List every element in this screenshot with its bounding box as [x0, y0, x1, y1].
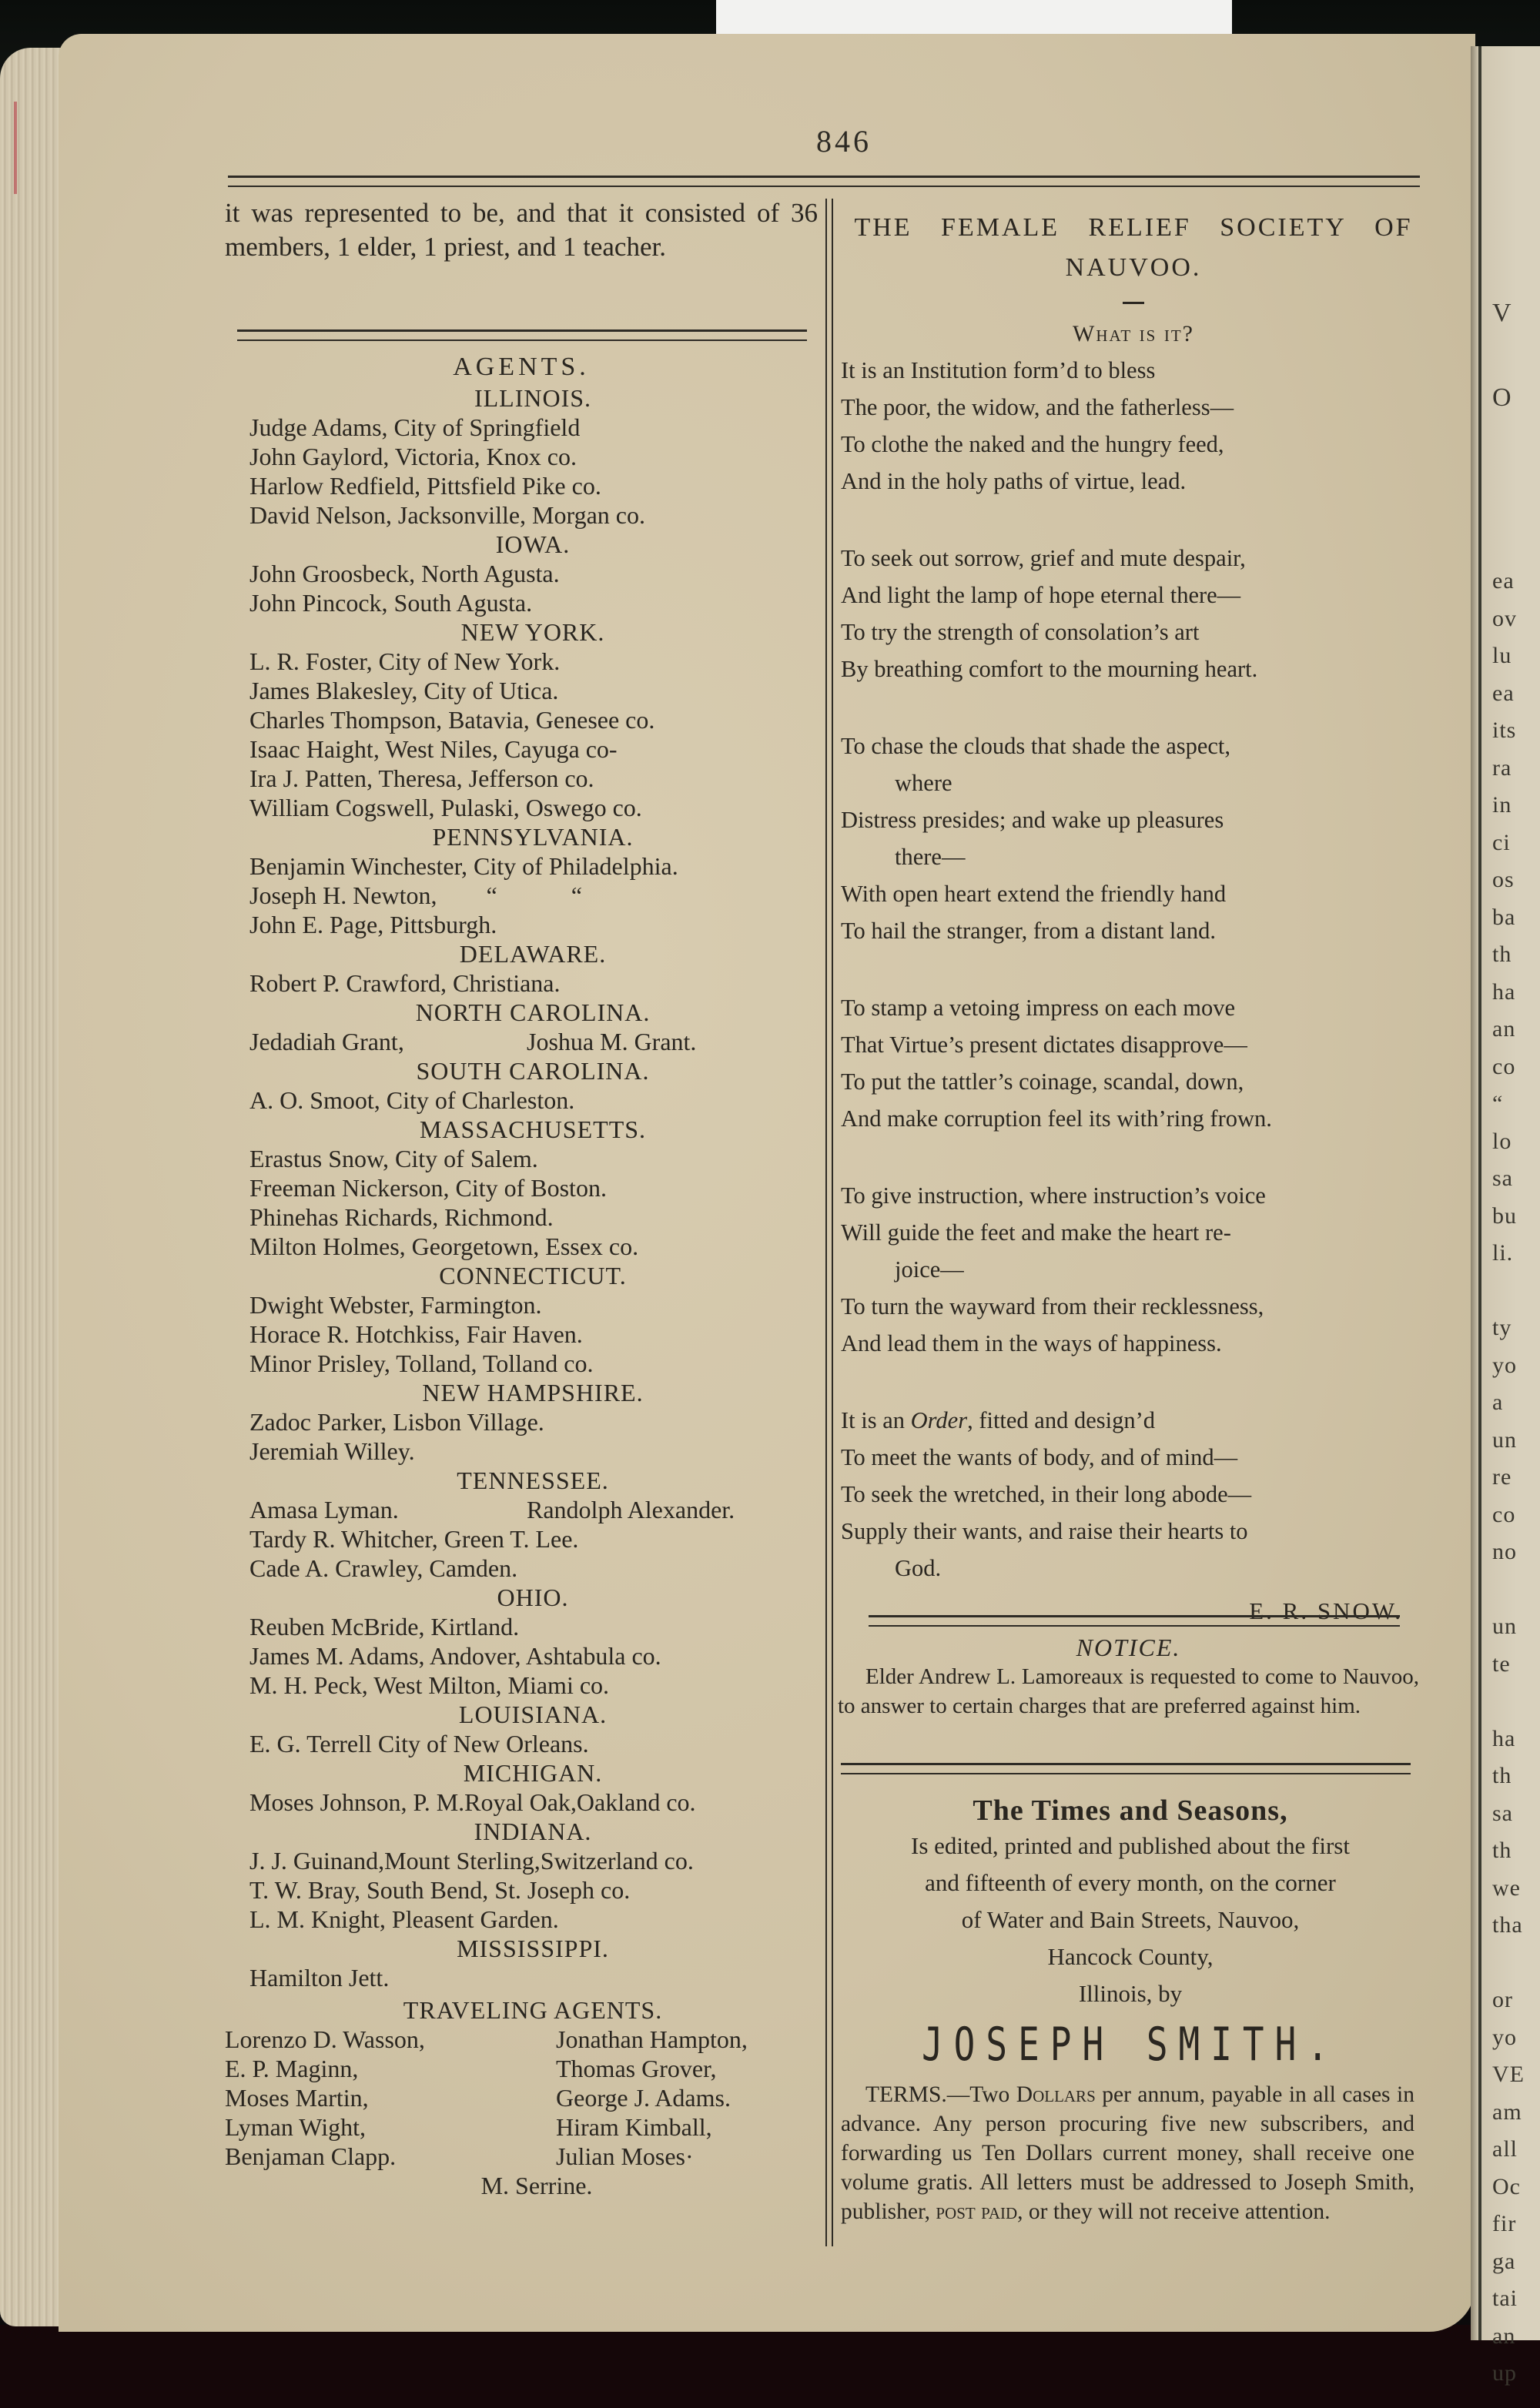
publication-line: of Water and Bain Streets, Nauvoo, — [838, 1901, 1423, 1938]
terms-end: , or they will not receive attention. — [1017, 2199, 1330, 2224]
poem-line: With open heart extend the friendly hand — [841, 875, 1426, 912]
agent-entry: Charles Thompson, Batavia, Genesee co. — [225, 705, 818, 734]
poem-line: To stamp a vetoing impress on each move — [841, 989, 1426, 1026]
agent-entry: Freeman Nickerson, City of Boston. — [225, 1173, 818, 1202]
adjacent-fragment: ci — [1492, 831, 1511, 855]
agent-entry: Cade A. Crawley, Camden. — [225, 1553, 818, 1583]
page-number: 846 — [816, 123, 872, 159]
poem-line: And make corruption feel its with’ring f… — [841, 1100, 1426, 1137]
adjacent-fragment: up — [1492, 2362, 1517, 2385]
state-heading: MISSISSIPPI. — [248, 1934, 818, 1963]
adjacent-fragment: a — [1492, 1391, 1503, 1414]
poem-text: , fitted and design’d — [967, 1407, 1155, 1433]
poem-stanza: To stamp a vetoing impress on each moveT… — [841, 989, 1426, 1137]
intro-paragraph: it was represented to be, and that it co… — [225, 196, 818, 264]
poem-subtitle: What is it? — [841, 321, 1426, 347]
state-heading: NEW HAMPSHIRE. — [248, 1378, 818, 1407]
adjacent-fragment: ov — [1492, 607, 1517, 630]
traveling-agent-row: Lorenzo D. Wasson,Jonathan Hampton, — [225, 2025, 818, 2054]
adjacent-fragment: Oc — [1492, 2176, 1521, 2199]
poem-line: To chase the clouds that shade the aspec… — [841, 727, 1426, 764]
agent-entry: David Nelson, Jacksonville, Morgan co. — [225, 500, 818, 530]
adjacent-fragment: ba — [1492, 906, 1515, 929]
agent-entry: John Groosbeck, North Agusta. — [225, 559, 818, 588]
state-heading: IOWA. — [248, 530, 818, 559]
state-heading: ILLINOIS. — [248, 383, 818, 413]
times-and-seasons-imprint: The Times and Seasons, Is edited, printe… — [838, 1794, 1423, 2075]
poem-line: The poor, the widow, and the fatherless— — [841, 389, 1426, 426]
agent-entry: Phinehas Richards, Richmond. — [225, 1202, 818, 1232]
poem-line: And in the holy paths of virtue, lead. — [841, 463, 1426, 500]
agent-entry: Jeremiah Willey. — [225, 1436, 818, 1466]
agent-entry: Horace R. Hotchkiss, Fair Haven. — [225, 1319, 818, 1349]
agent-entry: Ira J. Patten, Theresa, Jefferson co. — [225, 764, 818, 793]
adjacent-fragment: co — [1492, 1055, 1515, 1079]
poem-line: God. — [841, 1550, 1426, 1587]
poem-line: To put the tattler’s coinage, scandal, d… — [841, 1063, 1426, 1100]
states-container: ILLINOIS.Judge Adams, City of Springfiel… — [225, 383, 818, 1992]
traveling-agent-name: Lyman Wight, — [225, 2112, 556, 2142]
traveling-agent-name: Lorenzo D. Wasson, — [225, 2025, 556, 2054]
poem-line: To hail the stranger, from a distant lan… — [841, 912, 1426, 949]
adjacent-fragment: ea — [1492, 570, 1515, 593]
adjacent-fragment: un — [1492, 1429, 1517, 1452]
traveling-agent-row: Lyman Wight,Hiram Kimball, — [225, 2112, 818, 2142]
adjacent-fragment: un — [1492, 1615, 1517, 1638]
traveling-agent-name: E. P. Maginn, — [225, 2054, 556, 2083]
adjacent-fragment: O — [1492, 385, 1512, 411]
state-heading: MICHIGAN. — [248, 1758, 818, 1788]
agent-entry: James M. Adams, Andover, Ashtabula co. — [225, 1641, 818, 1671]
poem-line: It is an Institution form’d to bless — [841, 352, 1426, 389]
publication-lines: Is edited, printed and published about t… — [838, 1828, 1423, 2012]
traveling-agent-name: Moses Martin, — [225, 2083, 556, 2112]
agent-entry: A. O. Smoot, City of Charleston. — [225, 1085, 818, 1115]
notice-body: Elder Andrew L. Lamoreaux is requested t… — [838, 1662, 1419, 1721]
adjacent-fragment: an — [1492, 1018, 1515, 1041]
poem-line: By breathing comfort to the mourning hea… — [841, 650, 1426, 687]
photo-backdrop-bottom — [0, 2325, 1540, 2408]
adjacent-fragment: an — [1492, 2325, 1515, 2348]
agent-entry: Milton Holmes, Georgetown, Essex co. — [225, 1232, 818, 1261]
traveling-agent-name: Benjaman Clapp. — [225, 2142, 556, 2171]
adjacent-fragment: V — [1492, 300, 1512, 326]
state-heading: CONNECTICUT. — [248, 1261, 818, 1290]
header-double-rule — [228, 176, 1420, 187]
traveling-agent-name: Hiram Kimball, — [556, 2112, 712, 2142]
adjacent-fragment: yo — [1492, 1354, 1517, 1377]
poem-line: where — [841, 764, 1426, 801]
traveling-agent-row: E. P. Maginn,Thomas Grover, — [225, 2054, 818, 2083]
traveling-agent-row: Moses Martin,George J. Adams. — [225, 2083, 818, 2112]
agent-entry: Zadoc Parker, Lisbon Village. — [225, 1407, 818, 1436]
poem-line: there— — [841, 838, 1426, 875]
agent-entry: Harlow Redfield, Pittsfield Pike co. — [225, 471, 818, 500]
publication-line: Hancock County, — [838, 1938, 1423, 1975]
poem-line: joice— — [841, 1251, 1426, 1288]
agent-entry: T. W. Bray, South Bend, St. Joseph co. — [225, 1875, 818, 1905]
adjacent-fragment: tai — [1492, 2287, 1518, 2310]
adjacent-fragment: ha — [1492, 1727, 1515, 1751]
state-heading: OHIO. — [248, 1583, 818, 1612]
state-heading: TENNESSEE. — [248, 1466, 818, 1495]
poem-line: To give instruction, where instruction’s… — [841, 1177, 1426, 1214]
poem-stanzas: It is an Institution form’d to blessThe … — [841, 352, 1426, 1587]
agent-entry: Moses Johnson, P. M.Royal Oak,Oakland co… — [225, 1788, 818, 1817]
adjacent-fragment: ea — [1492, 682, 1515, 705]
state-heading: LOUISIANA. — [248, 1700, 818, 1729]
adjacent-fragment: VE — [1492, 2063, 1525, 2086]
poem-title-line1: THE FEMALE RELIEF SOCIETY OF — [854, 213, 1412, 242]
adjacent-fragment: fir — [1492, 2212, 1516, 2236]
agent-name: Joshua M. Grant. — [527, 1027, 696, 1056]
adjacent-fragment: sa — [1492, 1167, 1513, 1190]
agent-entry: Hamilton Jett. — [225, 1963, 818, 1992]
adjacent-fragment: tha — [1492, 1914, 1523, 1937]
adjacent-fragment: ra — [1492, 757, 1512, 780]
agent-entry: Benjamin Winchester, City of Philadelphi… — [225, 851, 818, 881]
notice-section: NOTICE. Elder Andrew L. Lamoreaux is req… — [838, 1634, 1419, 1721]
agents-heading: AGENTS. — [225, 353, 818, 382]
poem-line: Distress presides; and wake up pleasures — [841, 801, 1426, 838]
publisher-name: JOSEPH SMITH. — [838, 2017, 1423, 2071]
adjacent-fragment: th — [1492, 1764, 1512, 1788]
terms-lead: TERMS.—Two — [865, 2082, 1016, 2107]
adjacent-fragment: yo — [1492, 2026, 1517, 2049]
agent-name: Amasa Lyman. — [249, 1495, 527, 1524]
traveling-agent-row: Benjaman Clapp.Julian Moses· — [225, 2142, 818, 2171]
adjacent-fragment: in — [1492, 794, 1512, 817]
adjacent-fragment: lo — [1492, 1130, 1512, 1153]
notice-bottom-rule — [841, 1763, 1411, 1774]
agents-list: AGENTS. ILLINOIS.Judge Adams, City of Sp… — [225, 348, 818, 2200]
gutter-line — [1478, 46, 1481, 2340]
agent-entry: John E. Page, Pittsburgh. — [225, 910, 818, 939]
agent-entry: John Pincock, South Agusta. — [225, 588, 818, 617]
poem-line: And lead them in the ways of happiness. — [841, 1325, 1426, 1362]
title-dash — [1123, 302, 1144, 304]
notice-top-rule — [869, 1615, 1400, 1627]
poem-line: To try the strength of consolation’s art — [841, 614, 1426, 650]
poem-stanza: To give instruction, where instruction’s… — [841, 1177, 1426, 1362]
traveling-agents: TRAVELING AGENTS. Lorenzo D. Wasson,Jona… — [225, 1995, 818, 2200]
agent-entry: L. M. Knight, Pleasent Garden. — [225, 1905, 818, 1934]
agents-top-rule — [237, 329, 807, 341]
poem-line: It is an Order, fitted and design’d — [841, 1402, 1426, 1439]
agent-entry: John Gaylord, Victoria, Knox co. — [225, 442, 818, 471]
subscription-terms: TERMS.—Two Dollars per annum, payable in… — [841, 2080, 1414, 2226]
traveling-agent-name: Thomas Grover, — [556, 2054, 716, 2083]
state-heading: INDIANA. — [248, 1817, 818, 1846]
state-heading: PENNSYLVANIA. — [248, 822, 818, 851]
agent-entry: Reuben McBride, Kirtland. — [225, 1612, 818, 1641]
poem-line: Supply their wants, and raise their hear… — [841, 1513, 1426, 1550]
poem-title-line2: NAUVOO. — [841, 248, 1426, 288]
agent-name: Jedadiah Grant, — [249, 1027, 527, 1056]
adjacent-fragment: th — [1492, 1839, 1512, 1862]
agent-entry: Judge Adams, City of Springfield — [225, 413, 818, 442]
traveling-agent-name: Julian Moses· — [556, 2142, 694, 2171]
poem-title: THE FEMALE RELIEF SOCIETY OF NAUVOO. — [841, 208, 1426, 288]
agent-entry-pair: Amasa Lyman.Randolph Alexander. — [225, 1495, 818, 1524]
state-heading: DELAWARE. — [248, 939, 818, 968]
poem-line: To meet the wants of body, and of mind— — [841, 1439, 1426, 1476]
poem-stanza: It is an Order, fitted and design’dTo me… — [841, 1402, 1426, 1587]
adjacent-fragment: co — [1492, 1503, 1515, 1527]
traveling-agents-heading: TRAVELING AGENTS. — [248, 1995, 818, 2025]
poem-line: To seek out sorrow, grief and mute despa… — [841, 540, 1426, 577]
right-column: THE FEMALE RELIEF SOCIETY OF NAUVOO. Wha… — [841, 208, 1426, 1625]
publication-line: Is edited, printed and published about t… — [838, 1828, 1423, 1865]
adjacent-fragment: os — [1492, 868, 1515, 891]
publication-line: Illinois, by — [838, 1975, 1423, 2012]
agent-entry: James Blakesley, City of Utica. — [225, 676, 818, 705]
poem-text: It is an — [841, 1407, 911, 1433]
traveling-agent-last: M. Serrine. — [256, 2171, 818, 2200]
adjacent-page: VOeaovlueaitsrainciosbathhaanco“losabuli… — [1471, 46, 1540, 2340]
agent-entry: William Cogswell, Pulaski, Oswego co. — [225, 793, 818, 822]
traveling-agents-rows: Lorenzo D. Wasson,Jonathan Hampton,E. P.… — [225, 2025, 818, 2171]
agent-name: Randolph Alexander. — [527, 1495, 735, 1524]
column-divider — [825, 199, 833, 2246]
agent-entry: J. J. Guinand,Mount Sterling,Switzerland… — [225, 1846, 818, 1875]
agent-entry: E. G. Terrell City of New Orleans. — [225, 1729, 818, 1758]
adjacent-fragment: ga — [1492, 2250, 1515, 2273]
poem-stanza: It is an Institution form’d to blessThe … — [841, 352, 1426, 500]
state-heading: MASSACHUSETTS. — [248, 1115, 818, 1144]
poem-line: Will guide the feet and make the heart r… — [841, 1214, 1426, 1251]
adjacent-fragment: sa — [1492, 1802, 1513, 1825]
agent-entry: Dwight Webster, Farmington. — [225, 1290, 818, 1319]
traveling-agent-name: George J. Adams. — [556, 2083, 731, 2112]
poem-line: That Virtue’s present dictates disapprov… — [841, 1026, 1426, 1063]
state-heading: NORTH CAROLINA. — [248, 998, 818, 1027]
poem-line: To clothe the naked and the hungry feed, — [841, 426, 1426, 463]
masthead: The Times and Seasons, — [838, 1794, 1423, 1828]
agent-entry: Joseph H. Newton, “ “ — [225, 881, 818, 910]
state-heading: SOUTH CAROLINA. — [248, 1056, 818, 1085]
adjacent-fragment: bu — [1492, 1205, 1517, 1228]
left-column: it was represented to be, and that it co… — [225, 196, 818, 264]
adjacent-fragment: re — [1492, 1466, 1512, 1489]
adjacent-fragment: lu — [1492, 644, 1512, 667]
adjacent-fragment: its — [1492, 719, 1516, 742]
adjacent-fragment: th — [1492, 943, 1512, 966]
agent-entry: Robert P. Crawford, Christiana. — [225, 968, 818, 998]
agent-entry: L. R. Foster, City of New York. — [225, 647, 818, 676]
poem-line: To seek the wretched, in their long abod… — [841, 1476, 1426, 1513]
adjacent-fragment: am — [1492, 2101, 1522, 2124]
agent-entry: Erastus Snow, City of Salem. — [225, 1144, 818, 1173]
poem-italic-word: Order — [911, 1407, 967, 1433]
adjacent-fragment: we — [1492, 1877, 1521, 1900]
adjacent-fragment: te — [1492, 1653, 1511, 1676]
agent-entry: M. H. Peck, West Milton, Miami co. — [225, 1671, 818, 1700]
poem-stanza: To seek out sorrow, grief and mute despa… — [841, 540, 1426, 687]
adjacent-fragment: ty — [1492, 1316, 1512, 1339]
poem-stanza: To chase the clouds that shade the aspec… — [841, 727, 1426, 949]
adjacent-fragment: all — [1492, 2138, 1518, 2161]
publication-line: and fifteenth of every month, on the cor… — [838, 1865, 1423, 1901]
agent-entry: Isaac Haight, West Niles, Cayuga co- — [225, 734, 818, 764]
terms-post-paid: post paid — [936, 2199, 1017, 2224]
agent-entry: Tardy R. Whitcher, Green T. Lee. — [225, 1524, 818, 1553]
poem-line: And light the lamp of hope eternal there… — [841, 577, 1426, 614]
state-heading: NEW YORK. — [248, 617, 818, 647]
adjacent-fragment: no — [1492, 1540, 1517, 1564]
adjacent-fragment: “ — [1492, 1092, 1503, 1115]
agent-entry: Minor Prisley, Tolland, Tolland co. — [225, 1349, 818, 1378]
terms-dollars: Dollars — [1016, 2082, 1096, 2107]
traveling-agent-name: Jonathan Hampton, — [556, 2025, 748, 2054]
adjacent-fragment: ha — [1492, 981, 1515, 1004]
adjacent-fragment: li. — [1492, 1242, 1513, 1265]
agent-entry-pair: Jedadiah Grant,Joshua M. Grant. — [225, 1027, 818, 1056]
poem-line: To turn the wayward from their recklessn… — [841, 1288, 1426, 1325]
notice-title: NOTICE. — [838, 1634, 1419, 1662]
adjacent-fragment: or — [1492, 1988, 1513, 2012]
